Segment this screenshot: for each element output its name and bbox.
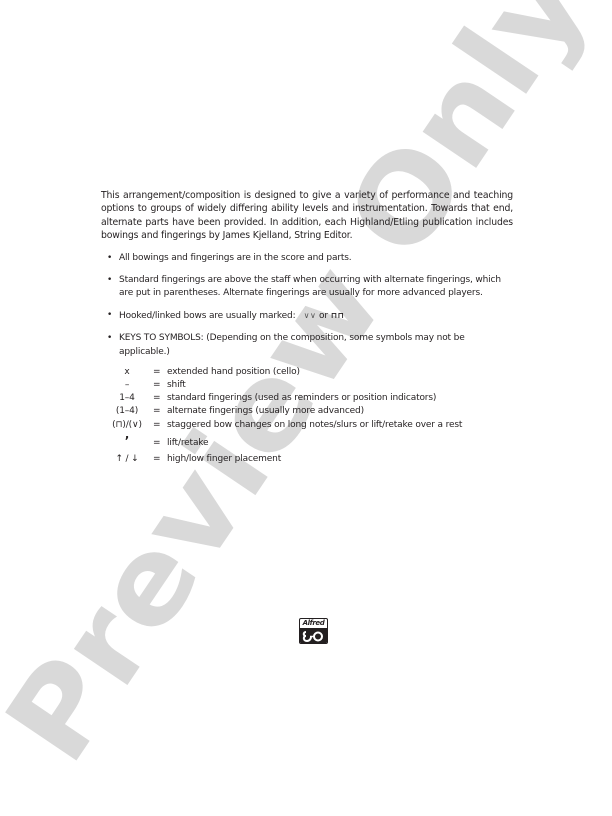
list-item-text: Hooked/linked bows are usually marked: [119,311,295,321]
list-item-bowings: • All bowings and fingerings are in the … [101,252,513,265]
document-body: This arrangement/composition is designed… [101,189,513,466]
key-symbol: ↑ / ↓ [101,453,153,466]
list-item-text: Standard fingerings are above the staff … [119,275,501,298]
key-description: shift [167,379,513,392]
list-item-keys-to-symbols: • KEYS TO SYMBOLS: (Depending on the com… [101,332,513,358]
key-row: x = extended hand position (cello) [101,366,513,379]
bullet-icon: • [107,332,112,345]
key-description: lift/retake [167,437,513,450]
key-row: ’ = lift/retake [101,435,513,448]
key-equals: = [153,392,167,405]
key-symbol: 1–4 [101,392,153,405]
key-equals: = [153,405,167,418]
key-equals: = [153,379,167,392]
key-row: (1–4) = alternate fingerings (usually mo… [101,405,513,418]
alfred-logo: Alfred [299,618,328,644]
list-item-text: KEYS TO SYMBOLS: (Depending on the compo… [119,333,465,356]
key-symbol: ’ [101,435,153,448]
key-equals: = [153,437,167,450]
bullet-icon: • [107,252,112,265]
up-bow-pair-icon: ∨∨ [304,311,317,320]
document-page: Preview Only This arrangement/compositio… [0,0,612,816]
key-row: – = shift [101,379,513,392]
logo-wordmark: Alfred [300,619,327,629]
logo-emblem-icon [300,629,327,644]
key-row: ↑ / ↓ = high/low finger placement [101,453,513,466]
key-symbol: (⊓)/(∨) [101,419,153,432]
key-description: alternate fingerings (usually more advan… [167,405,513,418]
bullet-icon: • [107,274,112,287]
key-description: standard fingerings (used as reminders o… [167,392,513,405]
key-equals: = [153,419,167,432]
key-row: (⊓)/(∨) = staggered bow changes on long … [101,419,513,432]
key-description: high/low finger placement [167,453,513,466]
list-item-text: All bowings and fingerings are in the sc… [119,253,352,263]
key-equals: = [153,453,167,466]
key-equals: = [153,366,167,379]
symbol-key-table: x = extended hand position (cello) – = s… [101,366,513,466]
list-item-standard-fingerings: • Standard fingerings are above the staf… [101,274,513,300]
key-description: extended hand position (cello) [167,366,513,379]
list-item-hooked-bows: • Hooked/linked bows are usually marked:… [101,309,513,323]
key-description: staggered bow changes on long notes/slur… [167,419,513,432]
notes-list: • All bowings and fingerings are in the … [101,252,513,359]
intro-paragraph: This arrangement/composition is designed… [101,189,513,243]
down-bow-pair-icon: ⊓⊓ [331,311,345,320]
key-symbol: x [101,366,153,379]
key-symbol: (1–4) [101,405,153,418]
key-symbol: – [101,379,153,392]
key-row: 1–4 = standard fingerings (used as remin… [101,392,513,405]
connector-text: or [319,311,328,321]
bullet-icon: • [107,309,112,322]
